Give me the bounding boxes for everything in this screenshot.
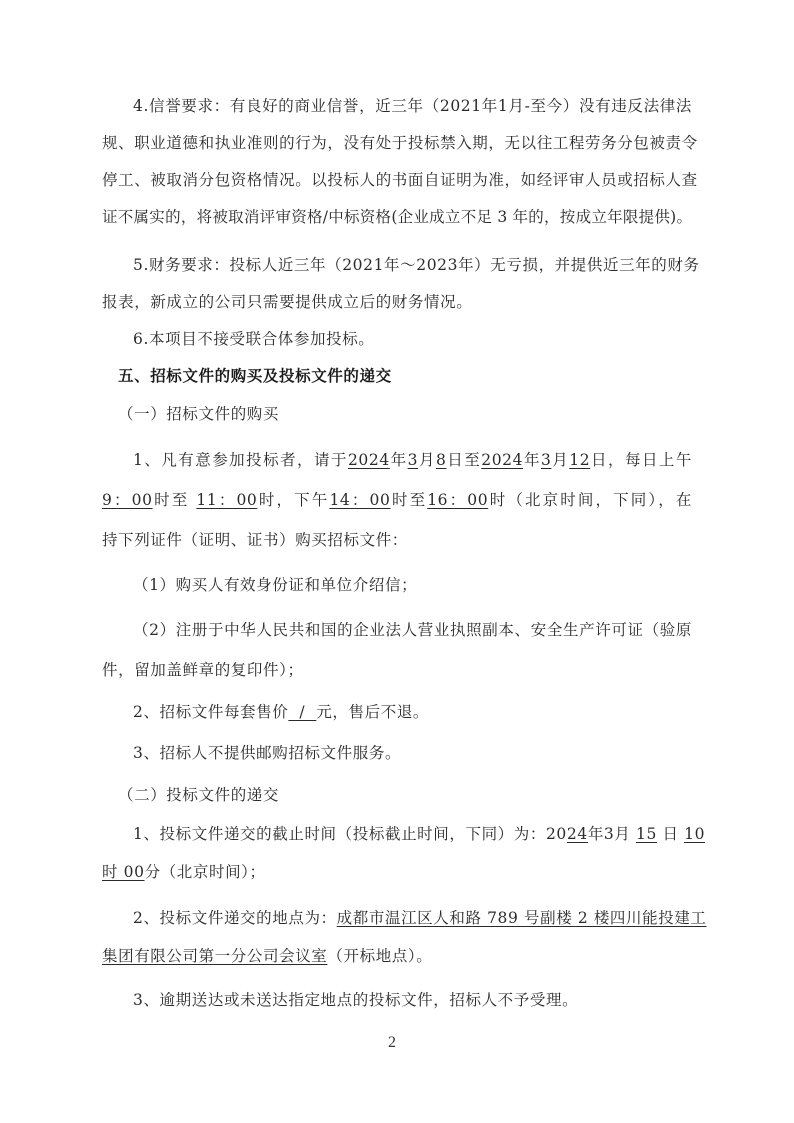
purchase-item1-line1: 1、凡有意参加投标者，请于2024年3月8日至2024年3月12日，每日上午 [133, 450, 692, 470]
purchase-item1-line3: 持下列证件（证明、证书）购买招标文件： [102, 530, 692, 550]
paragraph-finance-line1: 5.财务要求：投标人近三年（2021年～2023年）无亏损，并提供近三年的财务 [133, 255, 692, 275]
paragraph-no-consortium: 6.本项目不接受联合体参加投标。 [133, 329, 692, 349]
purchase-requirement-2-line1: （2）注册于中华人民共和国的企业法人营业执照副本、安全生产许可证（验原 [133, 620, 692, 640]
section-heading: 五、招标文件的购买及投标文件的递交 [118, 366, 708, 386]
purchase-item3-no-mail: 3、招标人不提供邮购招标文件服务。 [133, 743, 692, 763]
subsection-title-submission: （二）投标文件的递交 [118, 785, 708, 805]
subsection-title-purchase: （一）招标文件的购买 [118, 404, 708, 424]
submission-item2-line1: 2、投标文件递交的地点为：成都市温江区人和路 789 号副楼 2 楼四川能投建工 [133, 908, 692, 928]
submission-item1-line1: 1、投标文件递交的截止时间（投标截止时间，下同）为：2024年3月 15 日 1… [133, 824, 692, 844]
price-value: / [288, 703, 316, 721]
paragraph-credit-line4: 证不属实的，将被取消评审资格/中标资格(企业成立不足 3 年的，按成立年限提供)… [102, 207, 692, 227]
purchase-requirement-2-line2: 件，留加盖鲜章的复印件）； [102, 660, 692, 680]
paragraph-credit-line2: 规、职业道德和执业准则的行为，没有处于投标禁入期，无以往工程劳务分包被责令 [102, 133, 692, 153]
submission-item3-late: 3、逾期送达或未送达指定地点的投标文件，招标人不予受理。 [133, 990, 692, 1010]
paragraph-credit-line3: 停工、被取消分包资格情况。以投标人的书面自证明为准，如经评审人员或招标人查 [102, 170, 692, 190]
submission-item1-line2: 时 00分（北京时间）； [102, 862, 692, 882]
paragraph-finance-line2: 报表，新成立的公司只需要提供成立后的财务情况。 [102, 292, 692, 312]
page-number: 2 [388, 1034, 396, 1052]
purchase-requirement-1: （1）购买人有效身份证和单位介绍信； [133, 575, 692, 595]
purchase-item1-line2: 9：00时至 11：00时，下午14：00时至16：00时（北京时间，下同），在 [102, 490, 692, 510]
submission-item2-line2: 集团有限公司第一分公司会议室（开标地点）。 [102, 946, 692, 966]
document-page: 4.信誉要求：有良好的商业信誉，近三年（2021年1月-至今）没有违反法律法 规… [0, 0, 794, 1123]
purchase-item2-price: 2、招标文件每套售价 / 元，售后不退。 [133, 702, 692, 722]
paragraph-credit-line1: 4.信誉要求：有良好的商业信誉，近三年（2021年1月-至今）没有违反法律法 [133, 96, 692, 116]
